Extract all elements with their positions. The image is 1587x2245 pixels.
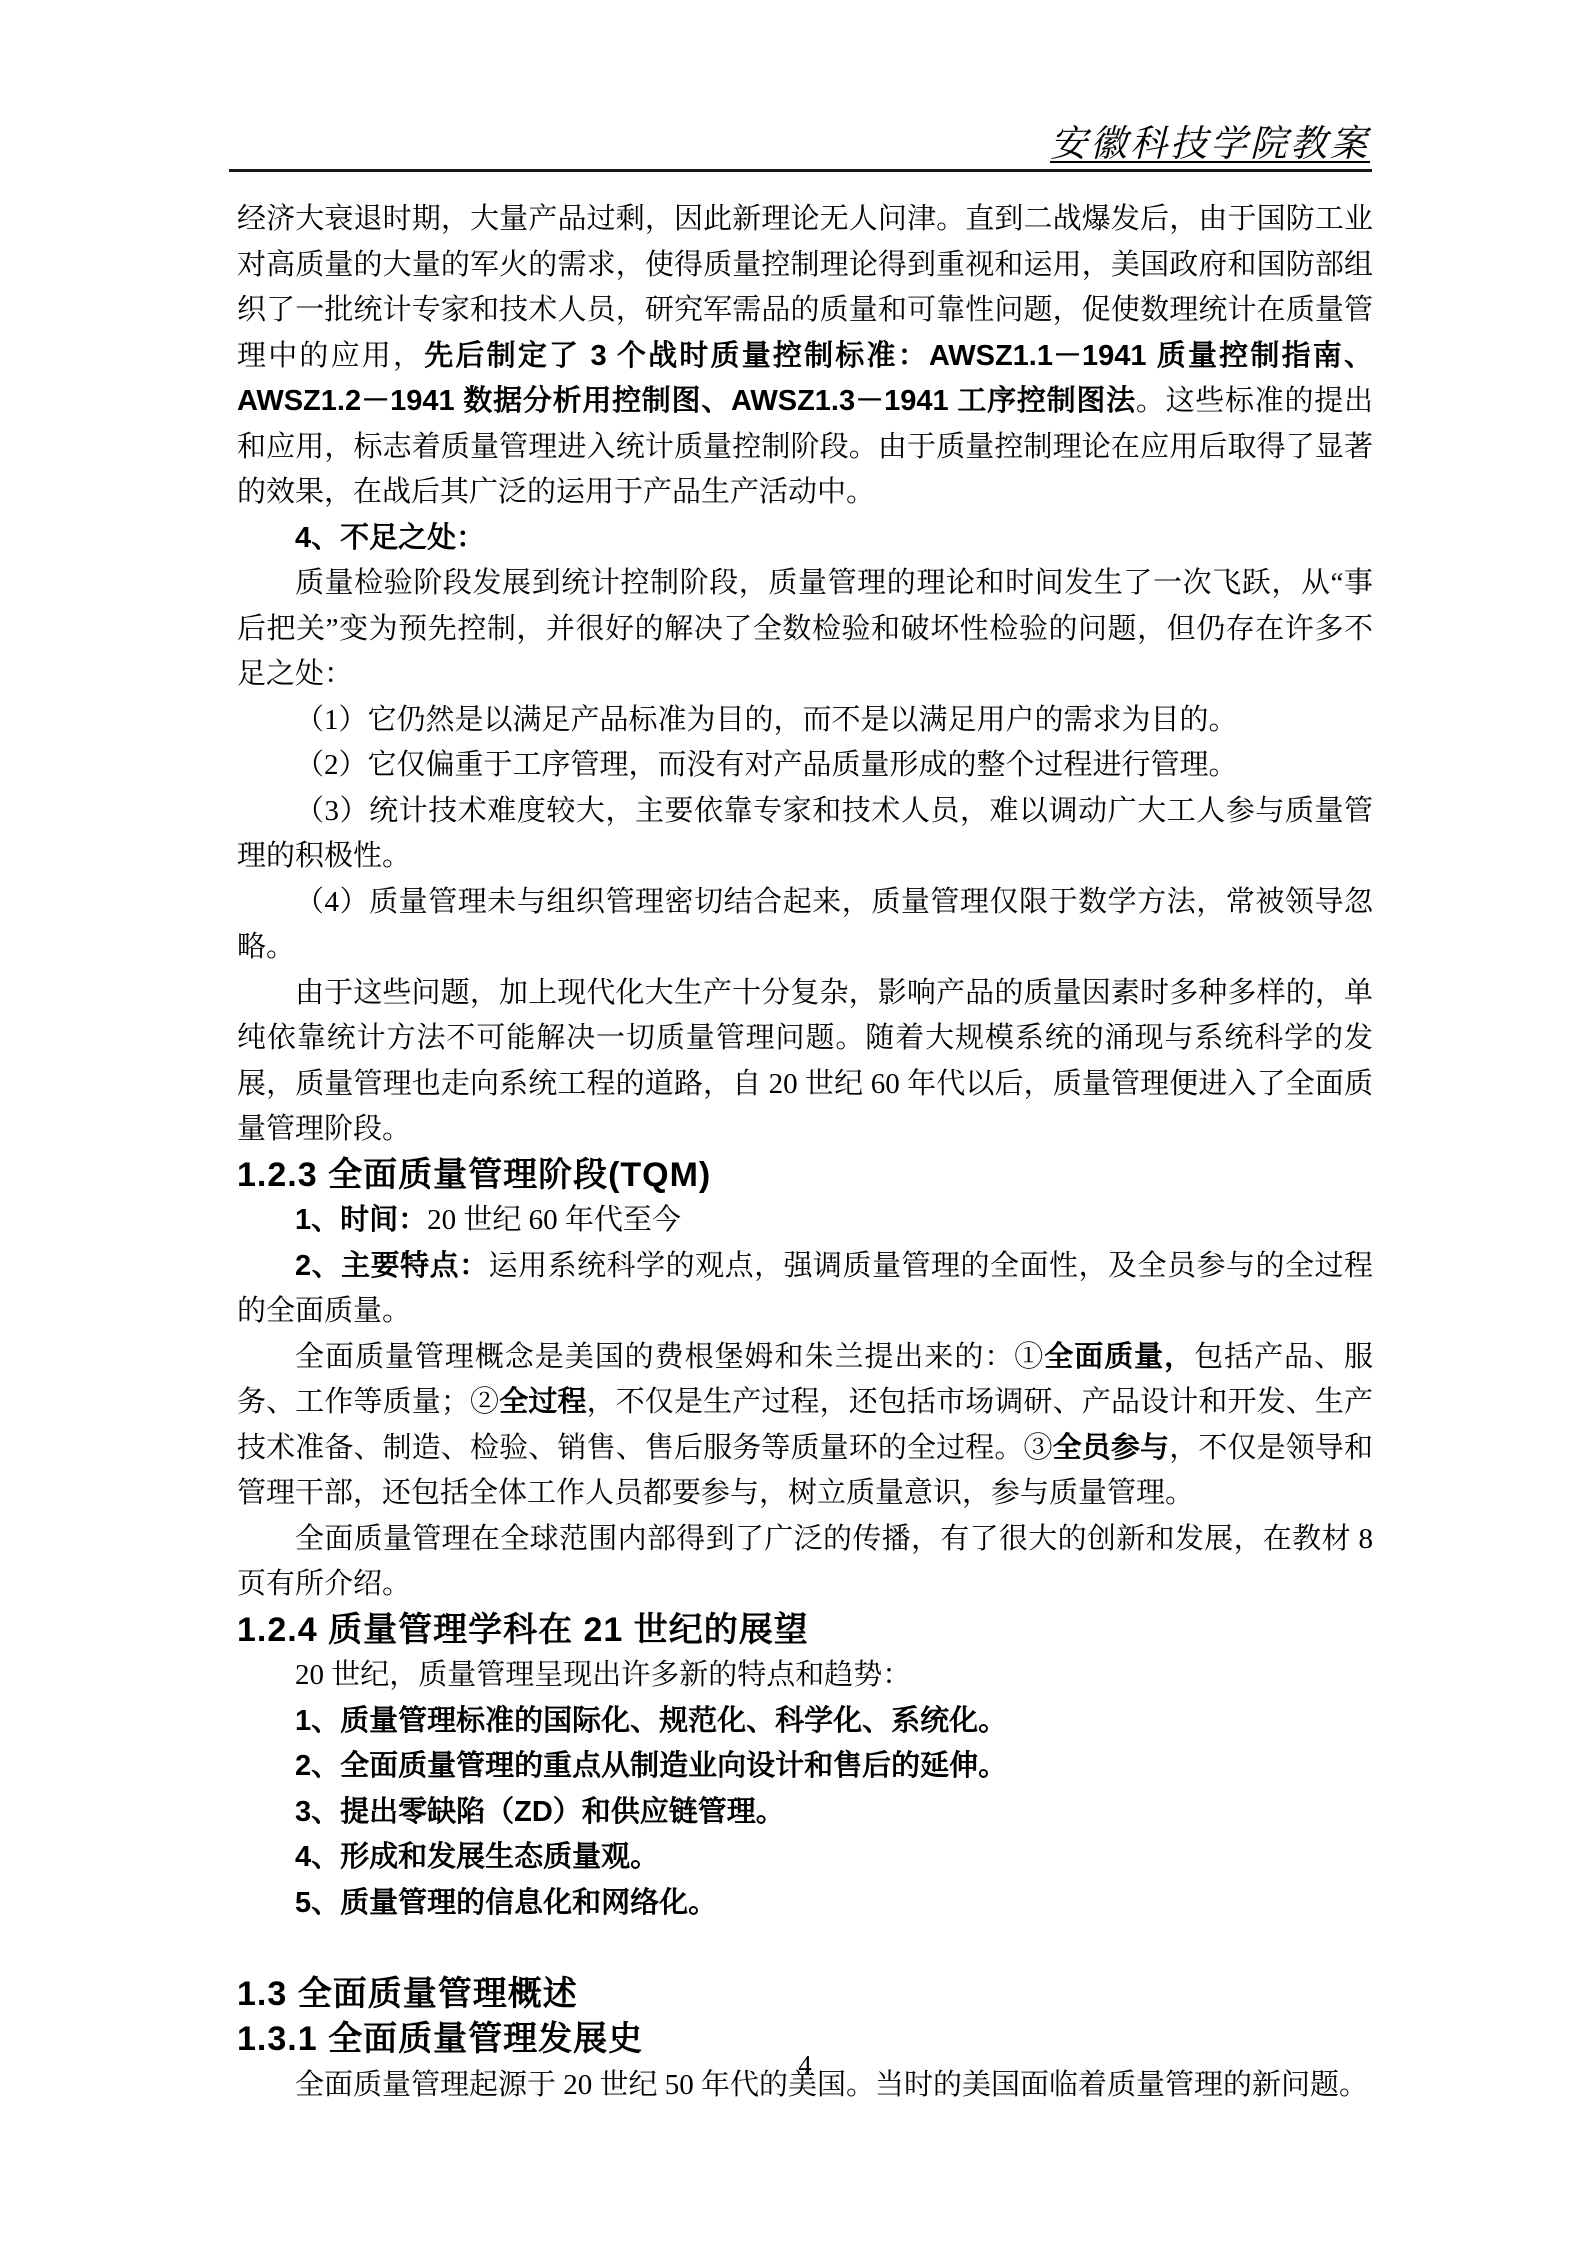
text-run: 1、时间： xyxy=(295,1204,427,1236)
heading-text: 1.2.3 全面质量管理阶段(TQM) xyxy=(237,1156,711,1194)
section-heading: 1.2.4 质量管理学科在 21 世纪的展望 xyxy=(237,1608,1373,1654)
text-run: （3）统计技术难度较大，主要依靠专家和技术人员，难以调动广大工人参与质量管理的积… xyxy=(237,795,1373,873)
section-heading: 1.3 全面质量管理概述 xyxy=(237,1972,1373,2018)
document-page: 安徽科技学院教案 经济大衰退时期，大量产品过剩，因此新理论无人问津。直到二战爆发… xyxy=(0,0,1587,2245)
paragraph: 2、全面质量管理的重点从制造业向设计和售后的延伸。 xyxy=(237,1744,1373,1790)
paragraph: （2）它仅偏重于工序管理，而没有对产品质量形成的整个过程进行管理。 xyxy=(237,743,1373,789)
paragraph: （4）质量管理未与组织管理密切结合起来，质量管理仅限于数学方法，常被领导忽略。 xyxy=(237,880,1373,971)
text-run: 4、不足之处： xyxy=(295,522,485,554)
text-run: （4）质量管理未与组织管理密切结合起来，质量管理仅限于数学方法，常被领导忽略。 xyxy=(237,886,1373,964)
text-run: 全面质量管理在全球范围内部得到了广泛的传播，有了很大的创新和发展，在教材 8 页… xyxy=(237,1523,1373,1601)
paragraph: 全面质量管理概念是美国的费根堡姆和朱兰提出来的：①全面质量，包括产品、服务、工作… xyxy=(237,1335,1373,1517)
blank-line xyxy=(237,1926,1373,1972)
text-run: 全面质量， xyxy=(1044,1341,1194,1373)
text-run: 1、质量管理标准的国际化、规范化、科学化、系统化。 xyxy=(295,1705,1007,1737)
page-header: 安徽科技学院教案 xyxy=(229,0,1372,172)
paragraph: 4、不足之处： xyxy=(237,516,1373,562)
text-run: （2）它仅偏重于工序管理，而没有对产品质量形成的整个过程进行管理。 xyxy=(295,749,1238,781)
text-run: 5、质量管理的信息化和网络化。 xyxy=(295,1887,717,1919)
paragraph: 3、提出零缺陷（ZD）和供应链管理。 xyxy=(237,1790,1373,1836)
text-run: 质量检验阶段发展到统计控制阶段，质量管理的理论和时间发生了一次飞跃，从“事后把关… xyxy=(237,567,1373,690)
paragraph: 1、质量管理标准的国际化、规范化、科学化、系统化。 xyxy=(237,1699,1373,1745)
text-run: 3、提出零缺陷（ZD）和供应链管理。 xyxy=(295,1796,785,1828)
text-run: 2、全面质量管理的重点从制造业向设计和售后的延伸。 xyxy=(295,1750,1007,1782)
text-run: 全过程 xyxy=(499,1386,586,1418)
heading-text: 1.3 全面质量管理概述 xyxy=(237,1975,578,2013)
text-run: 全员参与 xyxy=(1053,1432,1170,1464)
text-run: 4、形成和发展生态质量观。 xyxy=(295,1841,659,1873)
paragraph: （3）统计技术难度较大，主要依靠专家和技术人员，难以调动广大工人参与质量管理的积… xyxy=(237,789,1373,880)
paragraph: （1）它仍然是以满足产品标准为目的，而不是以满足用户的需求为目的。 xyxy=(237,698,1373,744)
paragraph: 1、时间：20 世纪 60 年代至今 xyxy=(237,1198,1373,1244)
text-run: （1）它仍然是以满足产品标准为目的，而不是以满足用户的需求为目的。 xyxy=(295,704,1238,736)
paragraph: 4、形成和发展生态质量观。 xyxy=(237,1835,1373,1881)
paragraph: 2、主要特点：运用系统科学的观点，强调质量管理的全面性，及全员参与的全过程的全面… xyxy=(237,1244,1373,1335)
text-run: 由于这些问题，加上现代化大生产十分复杂，影响产品的质量因素时多种多样的，单纯依靠… xyxy=(237,977,1373,1146)
paragraph: 质量检验阶段发展到统计控制阶段，质量管理的理论和时间发生了一次飞跃，从“事后把关… xyxy=(237,561,1373,698)
text-run: 20 世纪，质量管理呈现出许多新的特点和趋势： xyxy=(295,1659,911,1691)
page-number: 4 xyxy=(798,2050,812,2080)
header-title: 安徽科技学院教案 xyxy=(1050,113,1370,167)
text-run: 20 世纪 60 年代至今 xyxy=(427,1204,681,1236)
document-body: 经济大衰退时期，大量产品过剩，因此新理论无人问津。直到二战爆发后，由于国防工业对… xyxy=(237,197,1373,2108)
paragraph: 由于这些问题，加上现代化大生产十分复杂，影响产品的质量因素时多种多样的，单纯依靠… xyxy=(237,971,1373,1153)
section-heading: 1.2.3 全面质量管理阶段(TQM) xyxy=(237,1153,1373,1199)
page-footer: 4 xyxy=(237,2050,1373,2081)
text-run: 全面质量管理概念是美国的费根堡姆和朱兰提出来的：① xyxy=(295,1341,1044,1373)
paragraph: 经济大衰退时期，大量产品过剩，因此新理论无人问津。直到二战爆发后，由于国防工业对… xyxy=(237,197,1373,516)
text-run: 2、主要特点： xyxy=(295,1250,489,1282)
paragraph: 5、质量管理的信息化和网络化。 xyxy=(237,1881,1373,1927)
heading-text: 1.2.4 质量管理学科在 21 世纪的展望 xyxy=(237,1611,809,1649)
paragraph: 20 世纪，质量管理呈现出许多新的特点和趋势： xyxy=(237,1653,1373,1699)
paragraph: 全面质量管理在全球范围内部得到了广泛的传播，有了很大的创新和发展，在教材 8 页… xyxy=(237,1517,1373,1608)
